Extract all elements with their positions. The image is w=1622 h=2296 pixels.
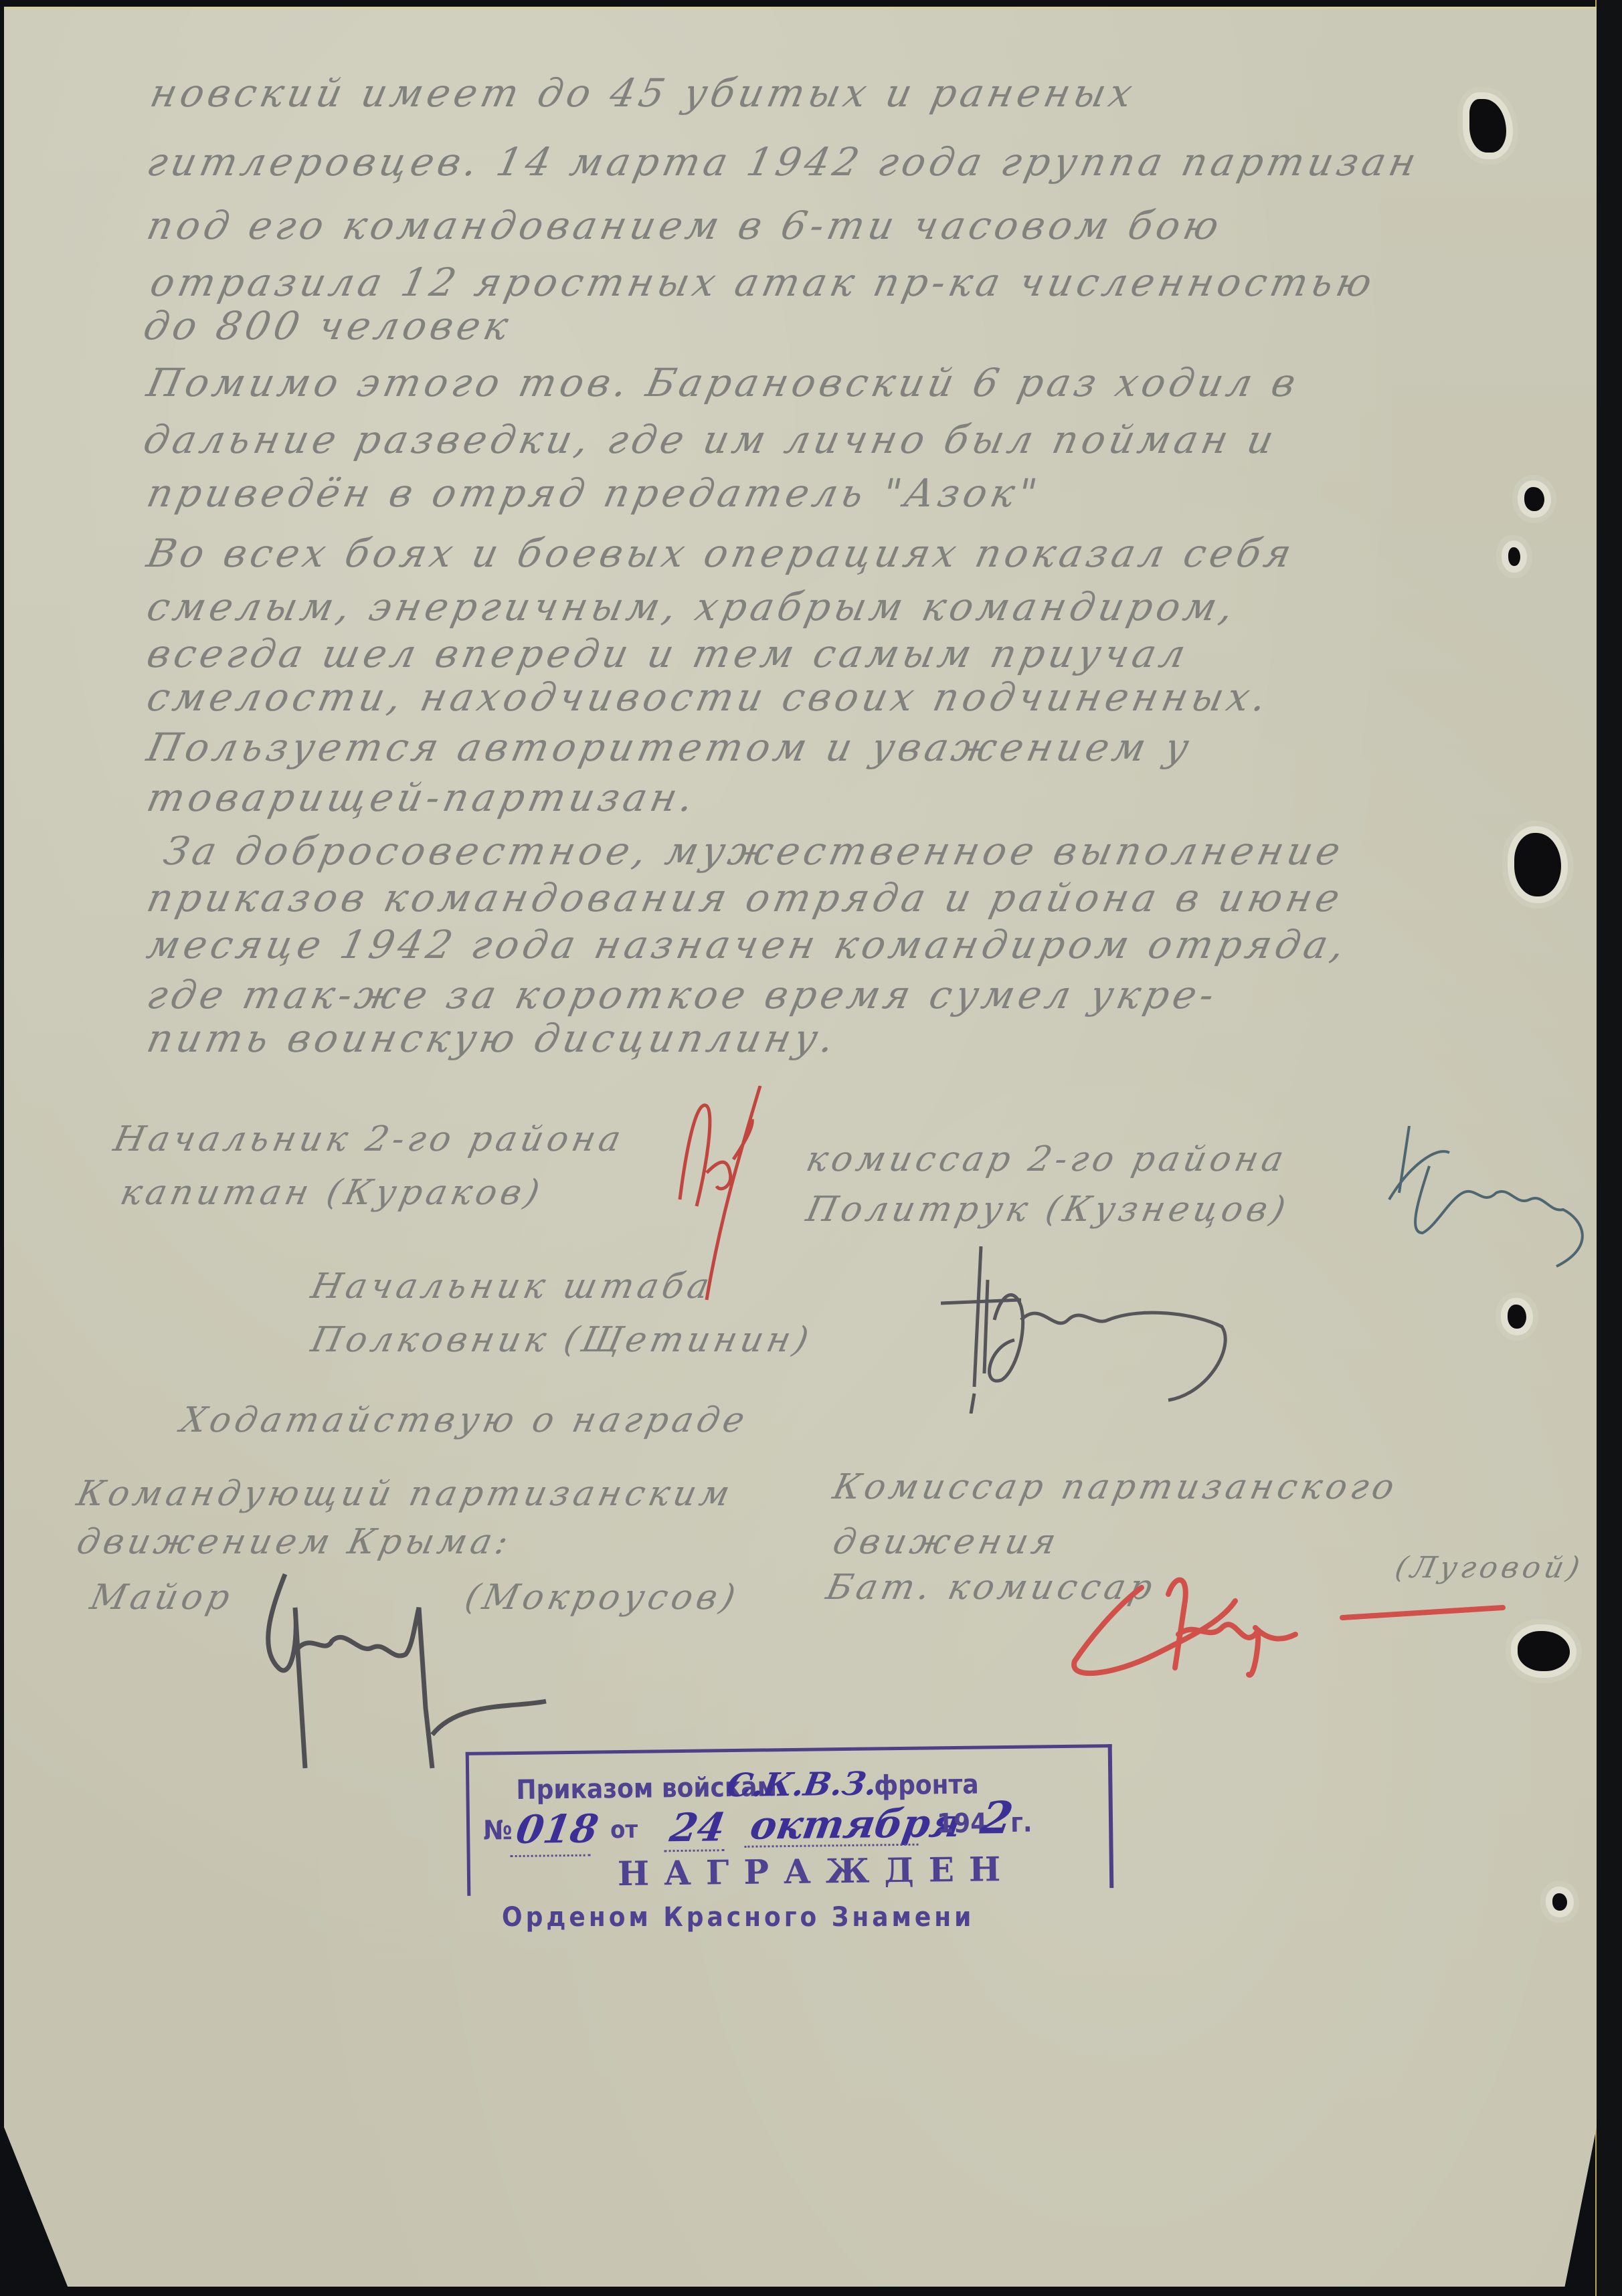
text-line: приведён в отряд предатель "Азок" <box>143 470 1045 516</box>
stamp-awarded: НАГРАЖДЕН <box>618 1849 1016 1893</box>
stamp-number-value: 018 <box>513 1806 602 1852</box>
text-line: до 800 человек <box>140 303 517 349</box>
blue-signature-kuznetsov <box>1382 1126 1597 1273</box>
document-page: новский имеет до 45 убитых и раненых гит… <box>4 7 1597 2287</box>
district-chief-name: капитан (Кураков) <box>117 1173 547 1213</box>
text-line: дальние разведки, где им лично был пойма… <box>140 417 1282 462</box>
text-line: новский имеет до 45 убитых и раненых <box>147 70 1140 116</box>
red-signature-commissar <box>1061 1561 1570 1695</box>
punch-hole <box>1508 1305 1526 1329</box>
stamp-day-value: 24 <box>667 1804 729 1850</box>
district-commissar-title: комиссар 2-го района <box>803 1139 1291 1179</box>
commander-title-1: Командующий партизанским <box>74 1474 737 1514</box>
stamp-year-unit: г. <box>1010 1808 1032 1838</box>
award-stamp: Приказом войскам С.К.В.З. фронта № 018 о… <box>466 1744 1114 1896</box>
text-line: месяце 1942 года назначен командиром отр… <box>143 922 1353 967</box>
text-line: всегда шел впереди и тем самым приучал <box>143 631 1194 676</box>
punch-hole <box>1514 833 1561 896</box>
text-line: Помимо этого тов. Барановский 6 раз ходи… <box>143 360 1304 405</box>
text-line: смелым, энергичным, храбрым командиром, <box>143 584 1242 630</box>
text-line: гитлеровцев. 14 марта 1942 года группа п… <box>143 139 1424 185</box>
text-line: где так-же за короткое время сумел укре- <box>143 972 1223 1018</box>
text-line: Во всех боях и боевых операциях показал … <box>143 531 1299 576</box>
stamp-award-name: Орденом Красного Знамени <box>502 1902 974 1933</box>
stamp-front-suffix: фронта <box>874 1769 979 1802</box>
signature-chief-of-staff <box>941 1240 1316 1414</box>
text-line: Пользуется авторитетом и уважением у <box>143 725 1197 770</box>
punch-hole <box>1524 487 1544 511</box>
text-line: отразила 12 яростных атак пр-ка численно… <box>147 260 1380 305</box>
scan-border-right <box>1595 0 1622 2296</box>
stamp-number-label: № <box>483 1815 513 1846</box>
petition-line: Ходатайствую о награде <box>177 1400 752 1440</box>
chief-of-staff-name: Полковник (Щетинин) <box>308 1320 816 1360</box>
punch-hole <box>1518 1631 1570 1671</box>
text-line: За добросовестное, мужественное выполнен… <box>160 828 1348 874</box>
text-line: пить воинскую дисциплину. <box>143 1016 842 1061</box>
commissar-title-2: движения <box>830 1522 1064 1562</box>
commander-rank: Майор <box>87 1577 238 1618</box>
stamp-month-value: октября <box>747 1800 965 1848</box>
chief-of-staff-title: Начальник штаба <box>308 1266 717 1307</box>
commander-title-2: движением Крыма: <box>74 1522 516 1562</box>
commissar-title-1: Комиссар партизанского <box>830 1467 1402 1507</box>
stamp-front-handwritten: С.К.В.З. <box>724 1765 880 1804</box>
punch-hole <box>1552 1893 1567 1911</box>
stamp-from-label: от <box>610 1816 638 1844</box>
district-chief-title: Начальник 2-го района <box>110 1119 628 1159</box>
stamp-day-underline <box>664 1849 725 1852</box>
text-line: смелости, находчивости своих подчиненных… <box>143 674 1275 720</box>
text-line: товарищей-партизан. <box>143 775 702 820</box>
text-line: под его командованием в 6-ти часовом бою <box>143 203 1227 248</box>
district-commissar-name: Политрук (Кузнецов) <box>803 1189 1293 1230</box>
punch-hole <box>1508 547 1520 566</box>
text-line: приказов командования отряда и района в … <box>143 875 1348 921</box>
stamp-number-underline <box>511 1854 591 1857</box>
